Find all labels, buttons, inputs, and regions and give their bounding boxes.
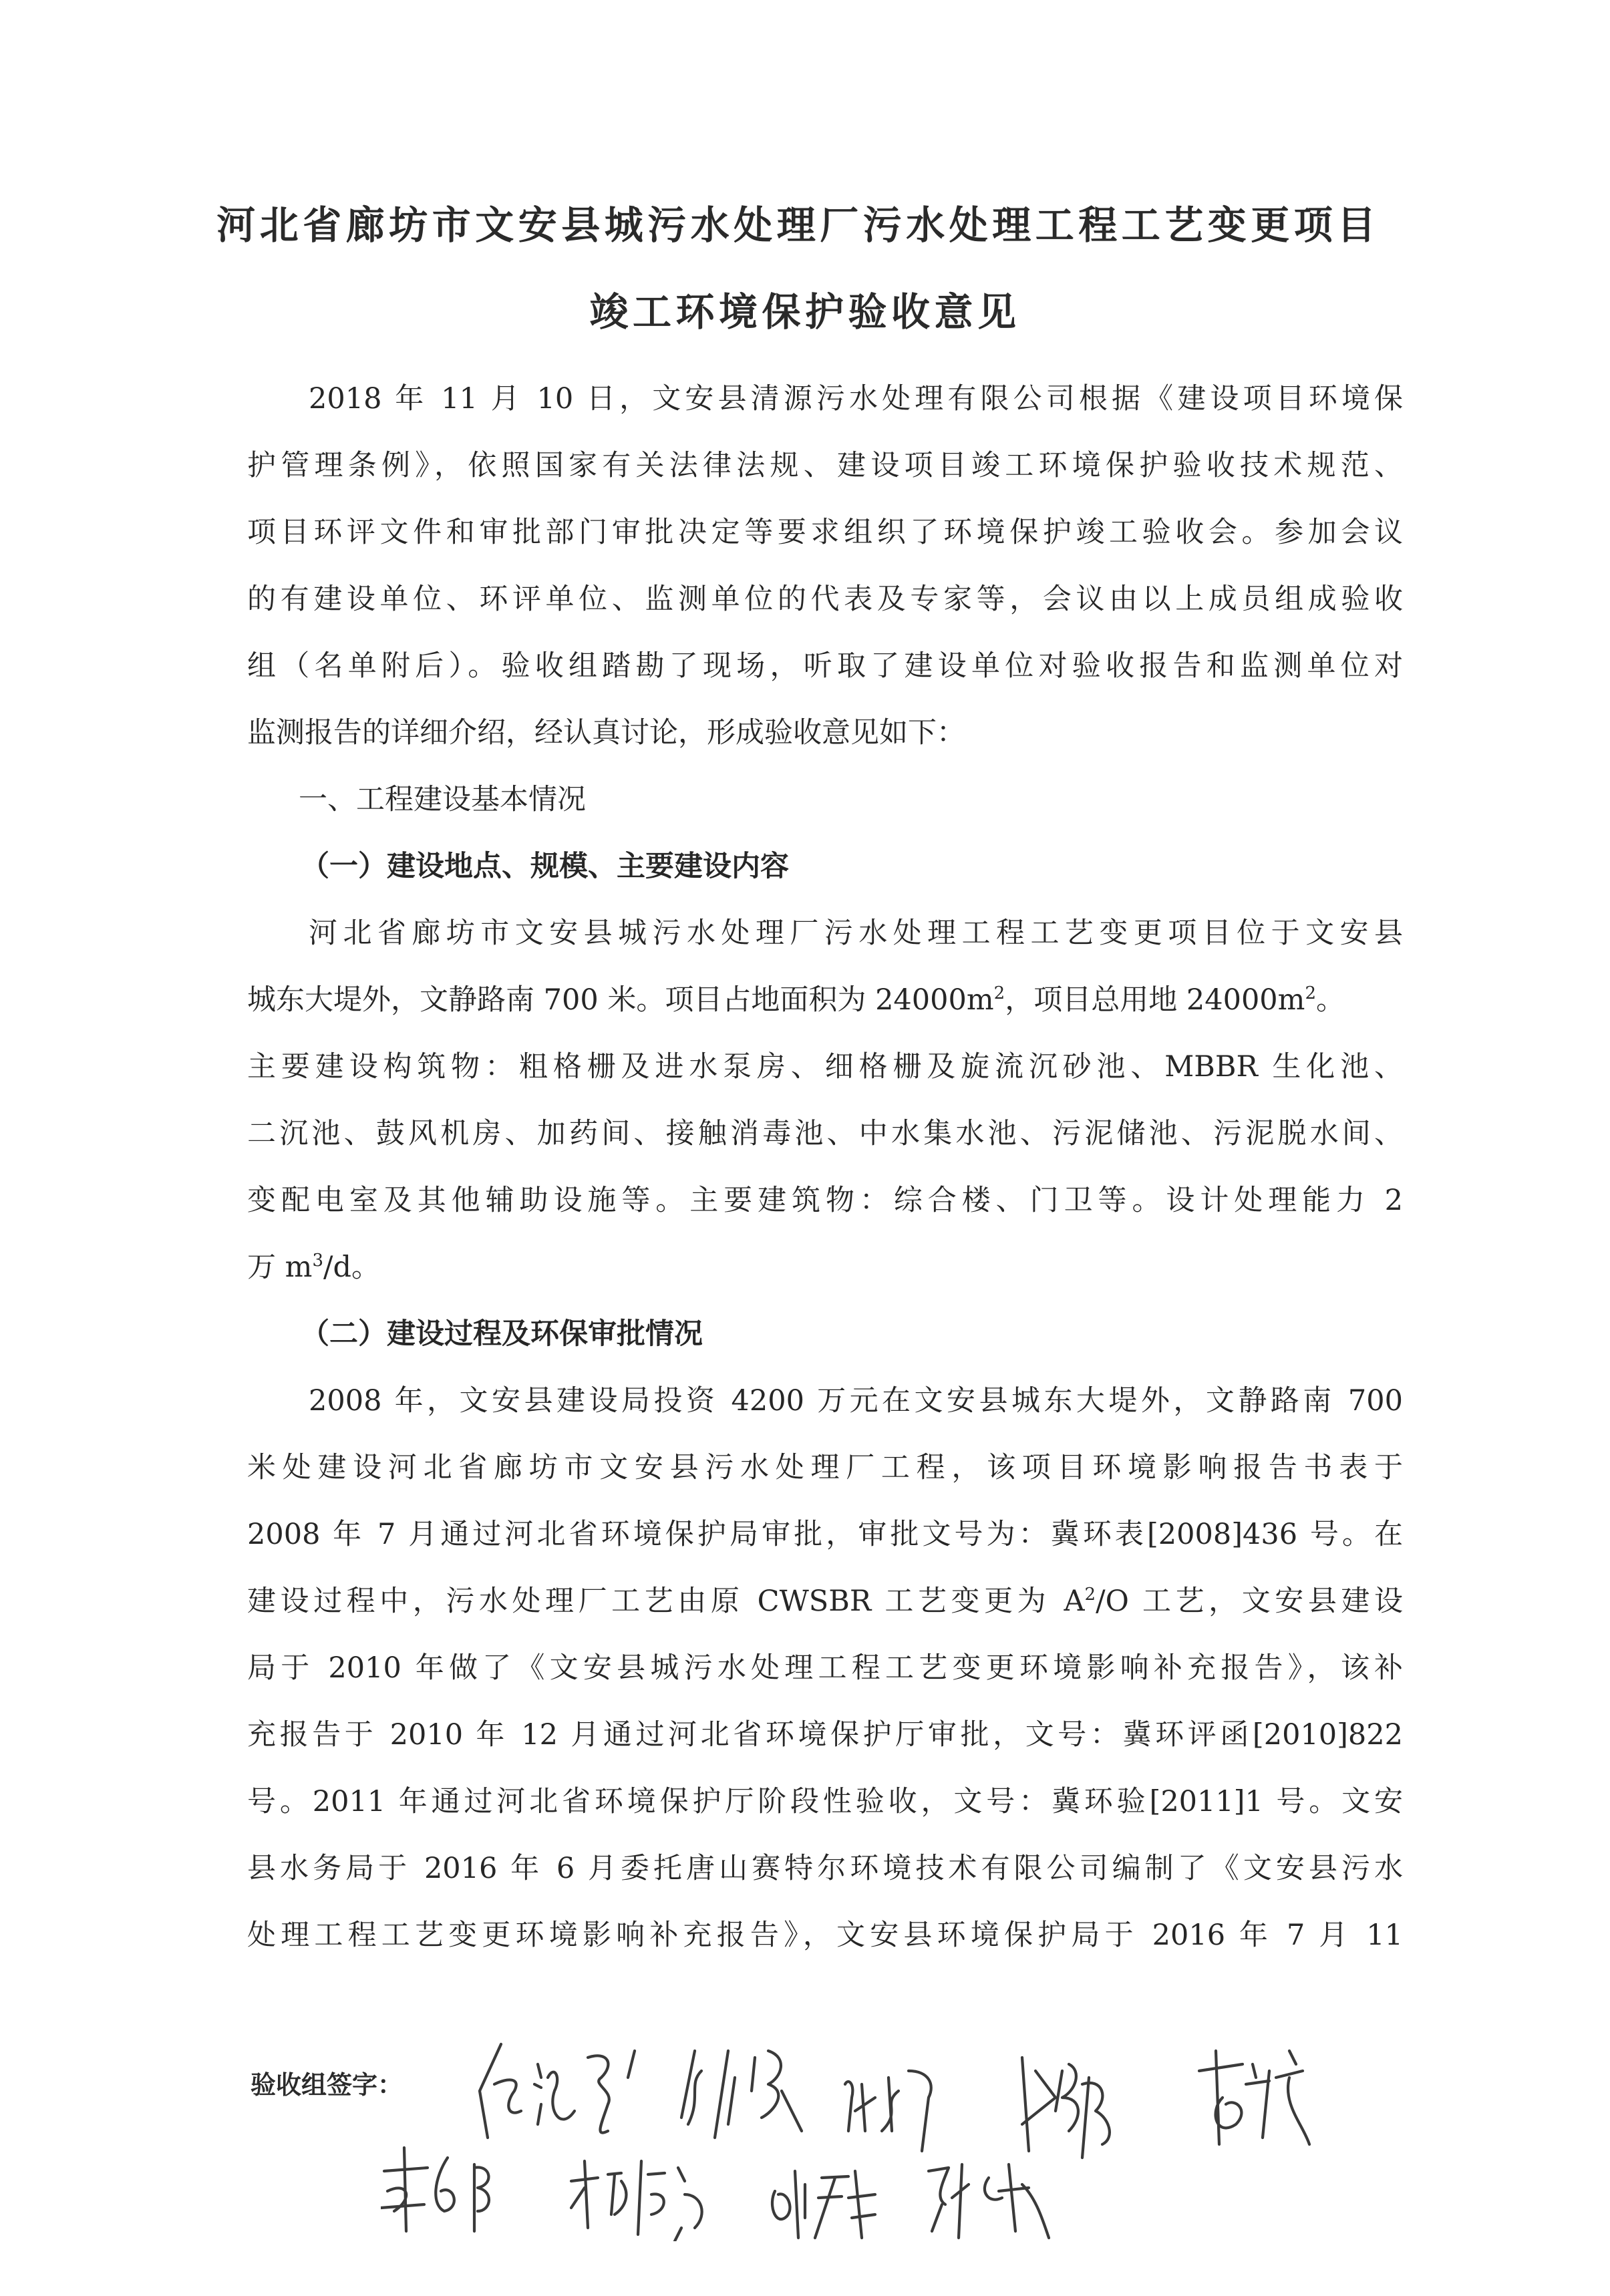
handwritten-signature	[842, 2058, 975, 2158]
handwritten-signature	[474, 2037, 661, 2144]
body-line: 米处建设河北省廊坊市文安县污水处理厂工程，该项目环境影响报告书表于	[247, 1448, 1403, 1488]
body-line: 项目环评文件和审批部门审批决定等要求组织了环境保护竣工验收会。参加会议	[247, 512, 1403, 552]
handwritten-signature	[568, 2154, 721, 2241]
handwritten-signature	[381, 2144, 501, 2238]
body-line: 处理工程工艺变更环境影响补充报告》，文安县环境保护局于 2016 年 7 月 1…	[247, 1915, 1403, 1955]
body-line: 变配电室及其他辅助设施等。主要建筑物：综合楼、门卫等。设计处理能力 2	[247, 1180, 1403, 1220]
body-line: 2008 年，文安县建设局投资 4200 万元在文安县城东大堤外，文静路南 70…	[309, 1381, 1403, 1421]
body-line: 监测报告的详细介绍，经认真讨论，形成验收意见如下：	[247, 713, 1403, 753]
subsection-heading: （一）建设地点、规模、主要建设内容	[301, 846, 789, 886]
body-text: /d。	[323, 1251, 380, 1284]
body-line: 2008 年 7 月通过河北省环境保护局审批，审批文号为：冀环表[2008]43…	[247, 1514, 1403, 1554]
handwritten-signature	[922, 2158, 1056, 2245]
subsection-heading: （二）建设过程及环保审批情况	[301, 1314, 703, 1354]
superscript: 2	[1305, 983, 1316, 1003]
body-line: 号。2011 年通过河北省环境保护厅阶段性验收，文号：冀环验[2011]1 号。…	[247, 1782, 1403, 1822]
document-page: 河北省廊坊市文安县城污水处理厂污水处理工程工艺变更项目 竣工环境保护验收意见 2…	[0, 0, 1610, 2296]
handwritten-signature	[1015, 2044, 1149, 2164]
body-line: 充报告于 2010 年 12 月通过河北省环境保护厅审批，文号：冀环评函[201…	[247, 1715, 1403, 1755]
body-line: 局于 2010 年做了《文安县城污水处理工程工艺变更环境影响补充报告》，该补	[247, 1648, 1403, 1688]
body-line: 县水务局于 2016 年 6 月委托唐山赛特尔环境技术有限公司编制了《文安县污水	[247, 1848, 1403, 1889]
handwritten-signature	[768, 2164, 889, 2245]
body-line: 二沉池、鼓风机房、加药间、接触消毒池、中水集水池、污泥储池、污泥脱水间、	[247, 1114, 1403, 1154]
body-text: 。	[1316, 983, 1345, 1017]
body-line: 建设过程中，污水处理厂工艺由原 CWSBR 工艺变更为 A2/O 工艺，文安县建…	[247, 1581, 1403, 1621]
body-text: ，项目总用地 24000m	[1005, 983, 1305, 1017]
body-line: 2018 年 11 月 10 日，文安县清源污水处理有限公司根据《建设项目环境保	[309, 379, 1403, 419]
body-line: 主要建设构筑物：粗格栅及进水泵房、细格栅及旋流沉砂池、MBBR 生化池、	[247, 1047, 1403, 1087]
signature-label: 验收组签字：	[251, 2068, 403, 2102]
handwritten-signature	[1189, 2037, 1323, 2151]
body-line: 河北省廊坊市文安县城污水处理厂污水处理工程工艺变更项目位于文安县	[309, 913, 1403, 953]
superscript: 2	[1085, 1585, 1096, 1605]
body-line: 城东大堤外，文静路南 700 米。项目占地面积为 24000m2，项目总用地 2…	[247, 980, 1403, 1020]
body-text: /O 工艺，文安县建设	[1096, 1585, 1403, 1618]
body-text: 建设过程中，污水处理厂工艺由原 CWSBR 工艺变更为 A	[247, 1585, 1085, 1618]
document-title-line-2: 竣工环境保护验收意见	[0, 289, 1610, 335]
body-line: 护管理条例》，依照国家有关法律法规、建设项目竣工环境保护验收技术规范、	[247, 446, 1403, 486]
section-heading: 一、工程建设基本情况	[299, 780, 586, 820]
superscript: 3	[312, 1251, 323, 1271]
handwritten-signature	[675, 2031, 822, 2144]
body-line: 的有建设单位、环评单位、监测单位的代表及专家等，会议由以上成员组成验收	[247, 579, 1403, 619]
body-line: 组（名单附后）。验收组踏勘了现场，听取了建设单位对验收报告和监测单位对	[247, 646, 1403, 686]
body-text: 城东大堤外，文静路南 700 米。项目占地面积为 24000m	[247, 983, 994, 1017]
document-title-line-1: 河北省廊坊市文安县城污水处理厂污水处理工程工艺变更项目	[0, 202, 1603, 249]
body-text: 万 m	[247, 1251, 312, 1284]
body-line: 万 m3/d。	[247, 1247, 1403, 1287]
superscript: 2	[994, 983, 1005, 1003]
